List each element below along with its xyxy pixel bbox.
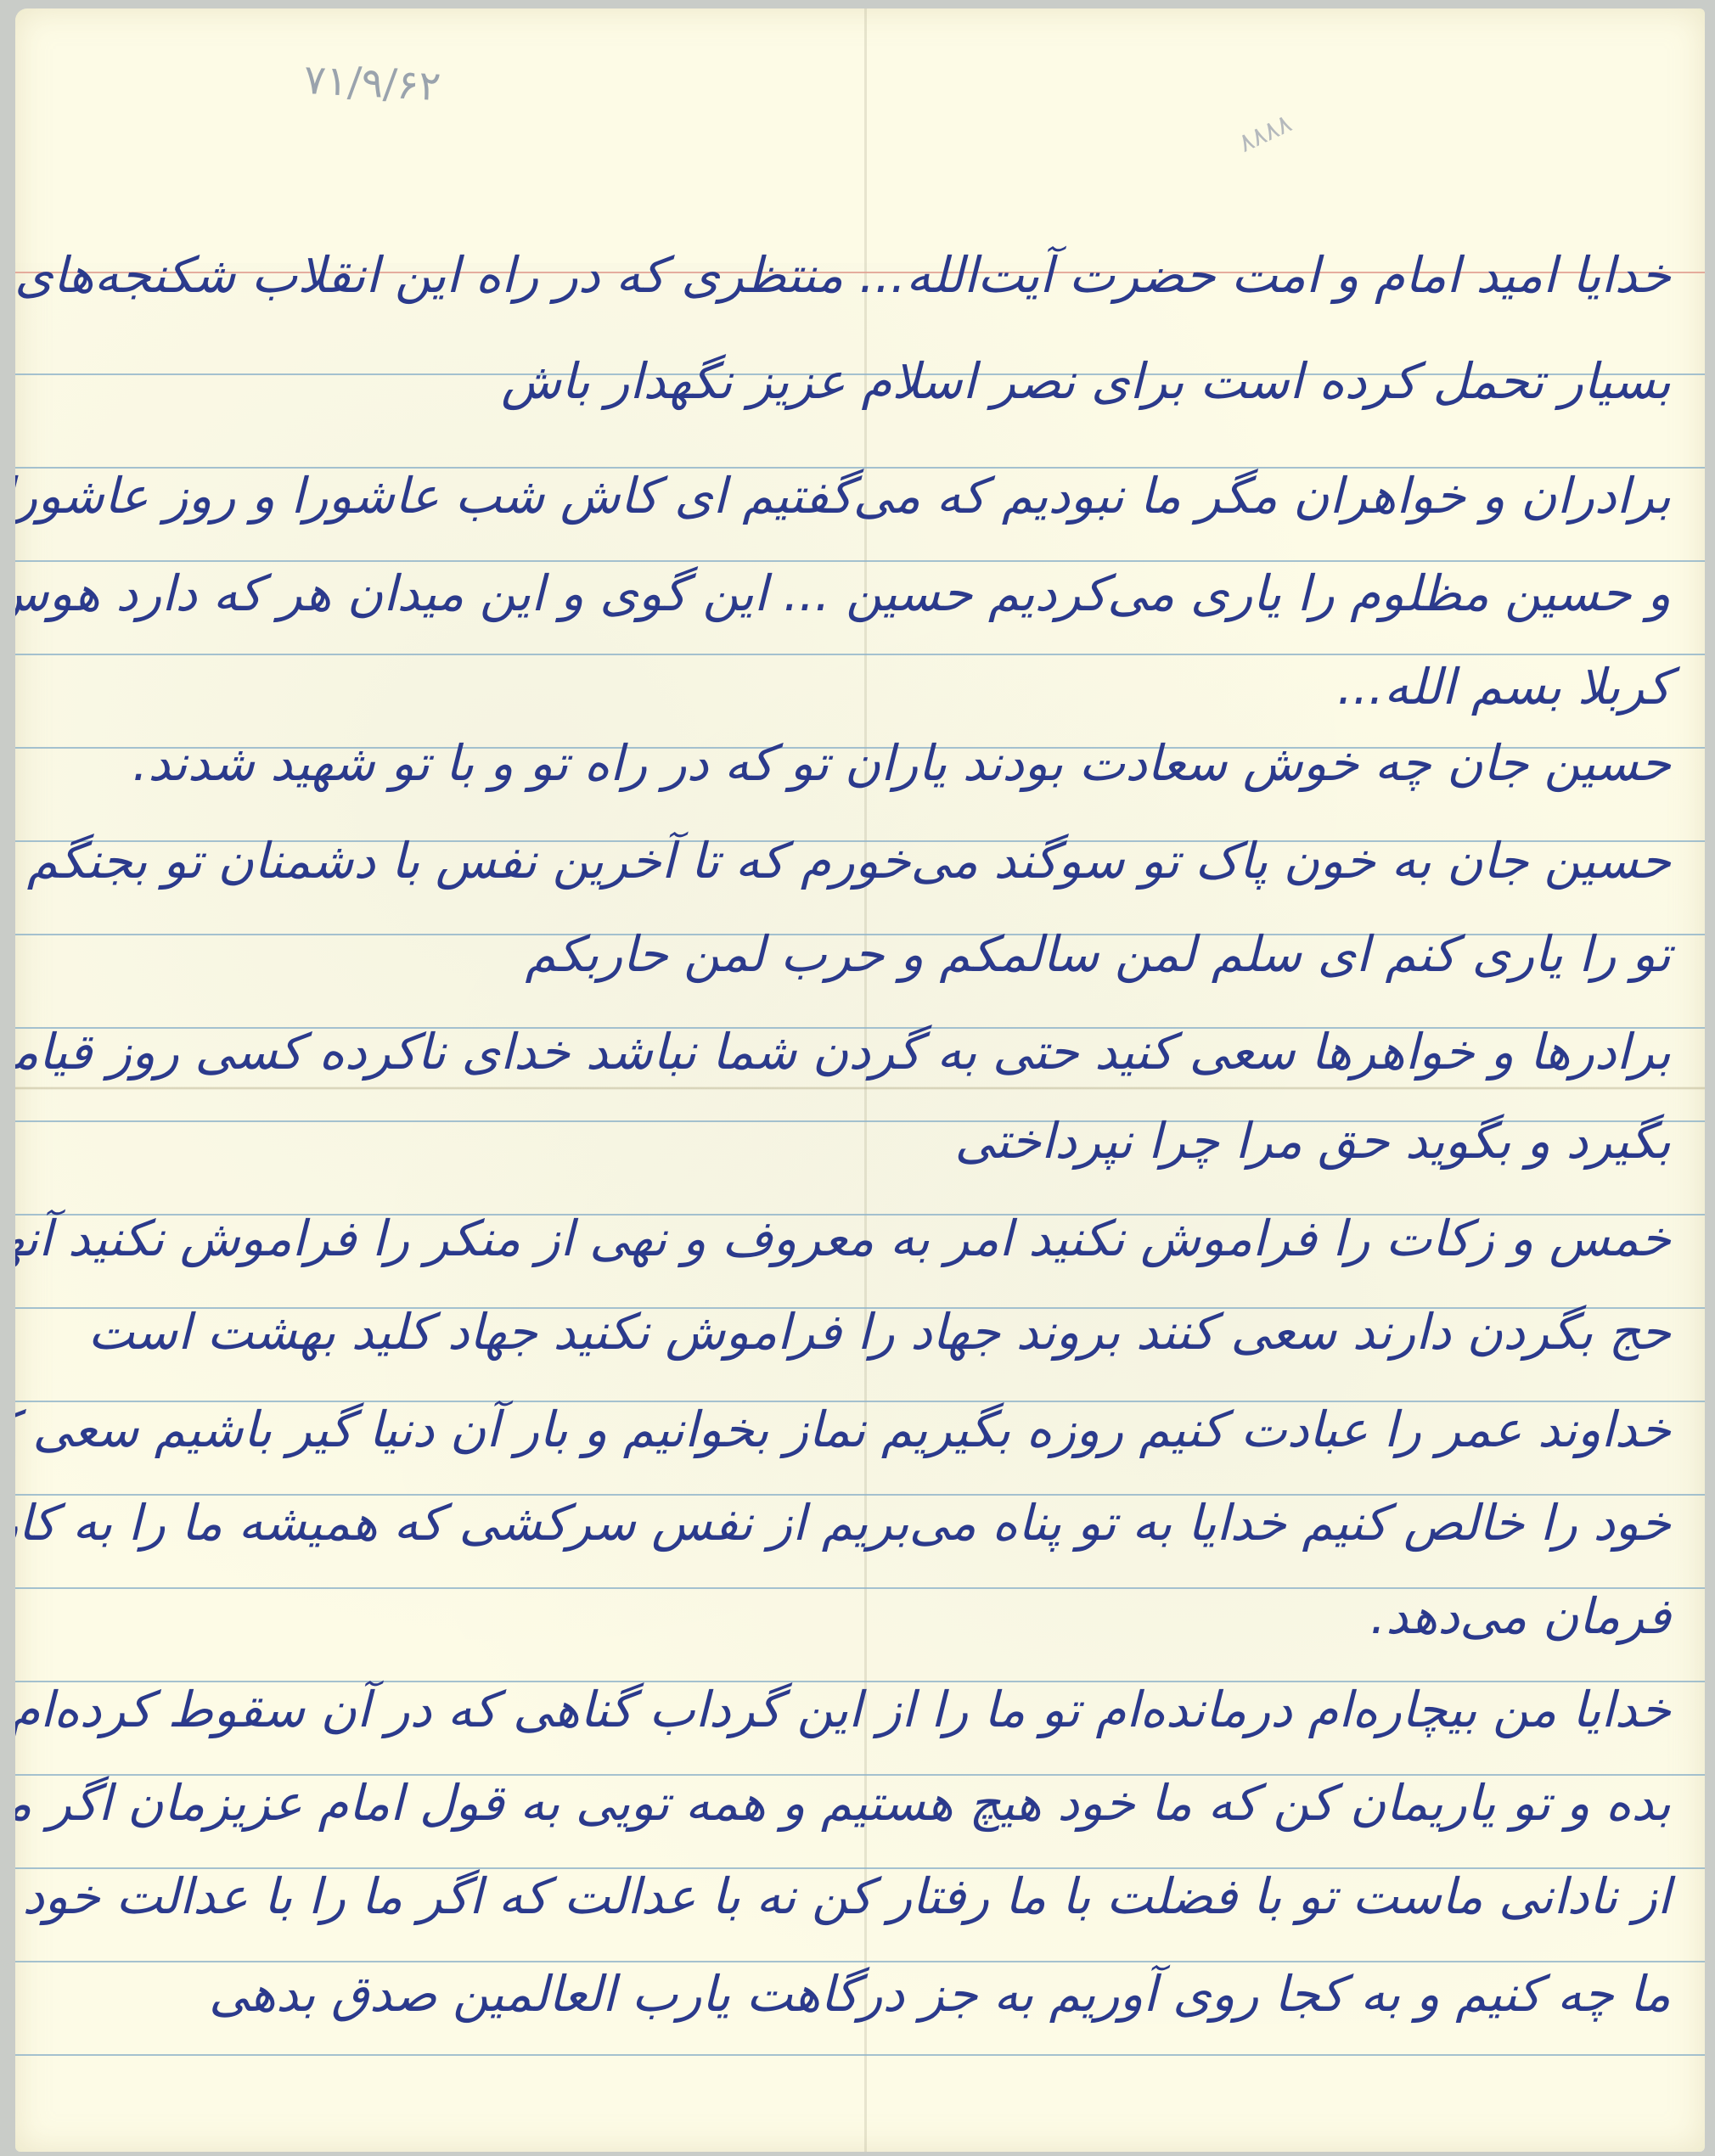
letter-line: ما چه کنیم و به کجا روی آوریم به جز درگا… bbox=[219, 1969, 1671, 2018]
faint-stamp: ۸۸۸۸ bbox=[1234, 109, 1296, 159]
notebook-rule bbox=[15, 1961, 1705, 1962]
letter-line: بده و تو یاریمان کن که ما خود هیچ هستیم … bbox=[41, 1778, 1671, 1828]
letter-line: بسیار تحمل کرده است برای نصر اسلام عزیز … bbox=[593, 357, 1671, 406]
letter-line: حسین جان چه خوش سعادت بودند یاران تو که … bbox=[41, 738, 1671, 788]
letter-line: کربلا بسم الله... bbox=[1161, 662, 1671, 711]
letter-line: خدایا من بیچاره‌ام درمانده‌ام تو ما را ا… bbox=[41, 1685, 1671, 1734]
notebook-rule bbox=[15, 654, 1705, 655]
letter-line: خود را خالص کنیم خدایا به تو پناه می‌بری… bbox=[41, 1498, 1671, 1547]
letter-line: خدایا امید امام و امت حضرت آیت‌الله... م… bbox=[41, 250, 1671, 300]
letter-line: حسین جان به خون پاک تو سوگند می‌خورم که … bbox=[41, 836, 1671, 885]
letter-line: از نادانی ماست تو با فضلت با ما رفتار کن… bbox=[41, 1872, 1671, 1921]
notebook-rule bbox=[15, 2054, 1705, 2056]
letter-page: ۷۱/۹/۶۲ ۸۸۸۸ خدایا امید امام و امت حضرت … bbox=[15, 8, 1705, 2152]
letter-line: و حسین مظلوم را یاری می‌کردیم حسین ... ا… bbox=[41, 569, 1671, 618]
letter-line: برادرها و خواهرها سعی کنید حتی به گردن ش… bbox=[41, 1027, 1671, 1076]
notebook-rule bbox=[15, 560, 1705, 562]
letter-line: بگیرد و بگوید حق مرا چرا نپرداختی bbox=[932, 1116, 1671, 1165]
horizontal-fold bbox=[15, 1086, 1705, 1090]
letter-line: برادران و خواهران مگر ما نبودیم که می‌گف… bbox=[41, 471, 1671, 520]
letter-line: حج بگردن دارند سعی کنند بروند جهاد را فر… bbox=[41, 1307, 1671, 1356]
pencil-date: ۷۱/۹/۶۲ bbox=[303, 56, 442, 110]
letter-line: تو را یاری کنم ای سلم لمن سالمکم و حرب ل… bbox=[525, 929, 1671, 979]
letter-line: خمس و زکات را فراموش نکنید امر به معروف … bbox=[41, 1214, 1671, 1263]
letter-line: فرمان می‌دهد. bbox=[1272, 1592, 1671, 1641]
letter-line: خداوند عمر را عبادت کنیم روزه بگیریم نما… bbox=[41, 1405, 1671, 1454]
